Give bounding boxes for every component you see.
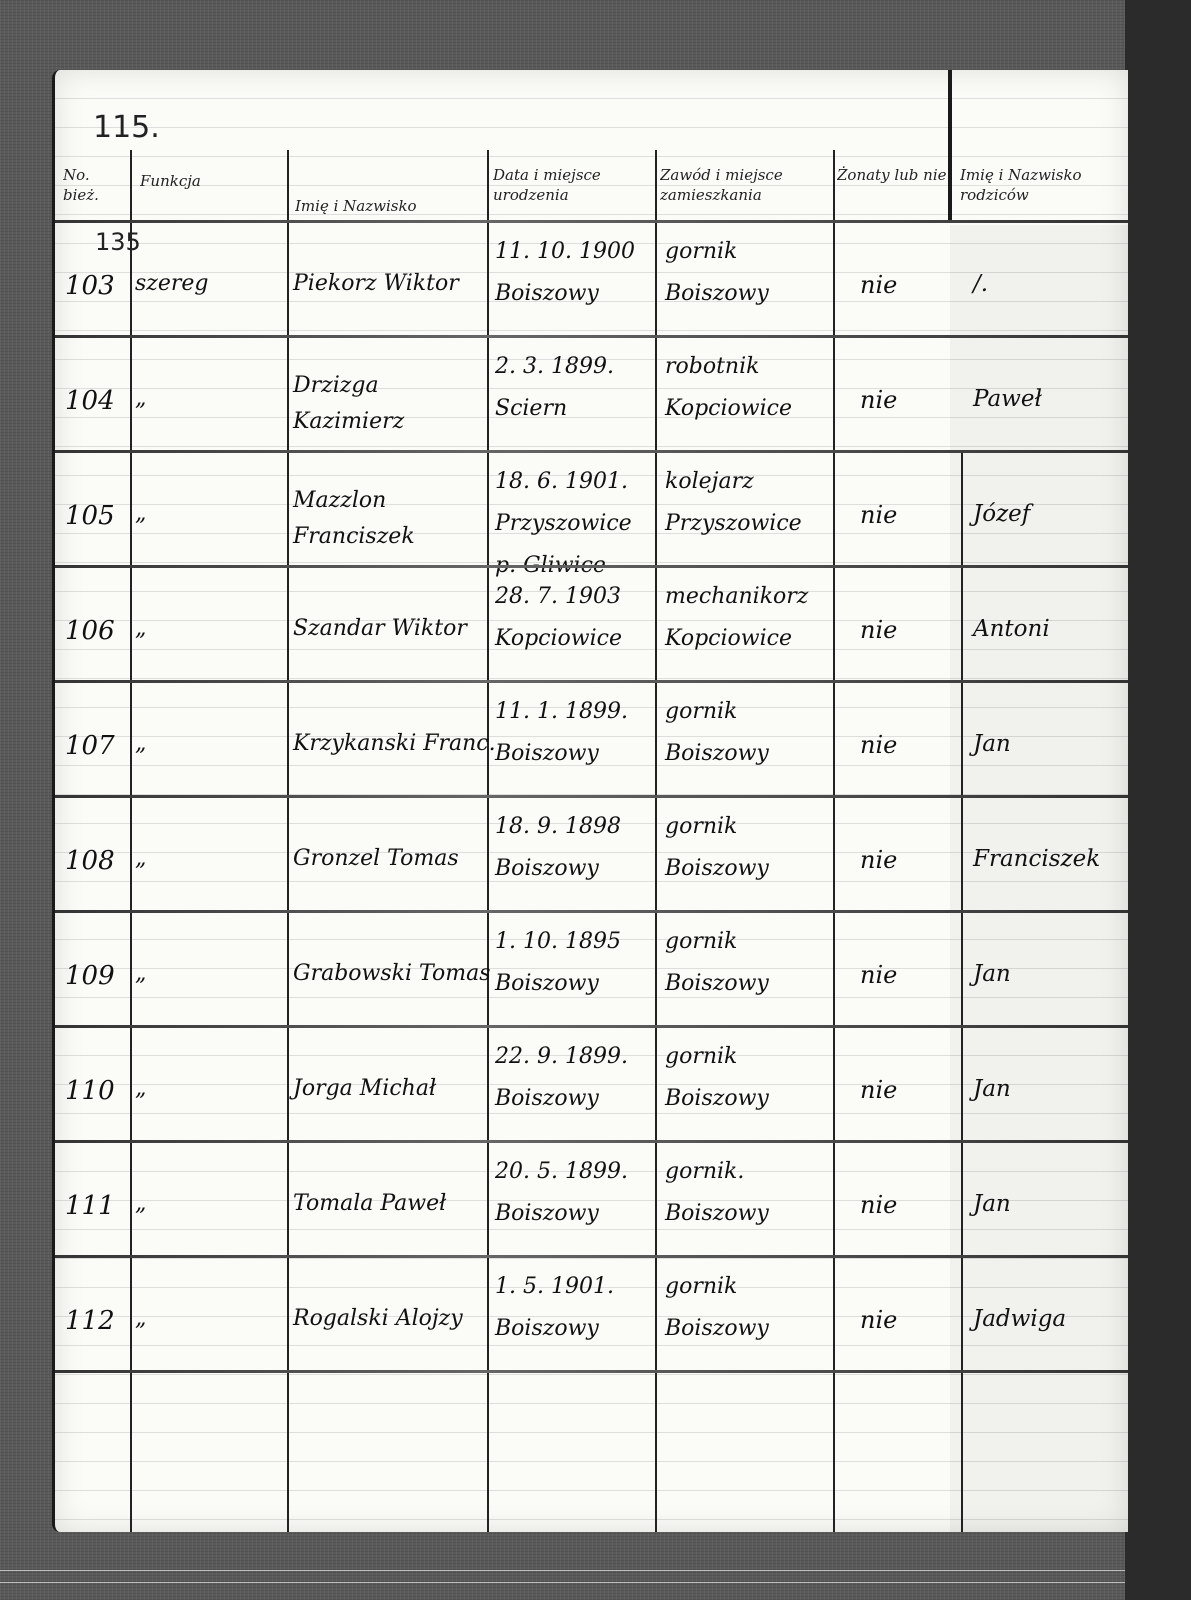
entry-name: Grabowski Tomas [293, 961, 491, 986]
entry-birth: 11. 1. 1899.Boiszowy [495, 691, 628, 775]
entry-function: szereg [135, 271, 209, 296]
entry-parent: Antoni [973, 616, 1050, 642]
register-row: 104 „ DrzizgaKazimierz 2. 3. 1899.Sciern… [55, 338, 1128, 453]
occupation-line: gornik [665, 691, 769, 733]
register-row: 110 „ Jorga Michał 22. 9. 1899.Boiszowy … [55, 1028, 1128, 1143]
scan-bottom-line [0, 1570, 1125, 1571]
entry-number: 112 [65, 1306, 115, 1336]
occupation-line: Boiszowy [665, 1078, 769, 1120]
birth-line: 2. 3. 1899. [495, 346, 614, 388]
entry-name: Tomala Paweł [293, 1191, 446, 1216]
name-line: Franciszek [293, 519, 483, 555]
entry-parent: Franciszek [973, 846, 1100, 872]
entry-function: „ [135, 1306, 146, 1331]
entry-function: „ [135, 961, 146, 986]
entry-occupation: gornikBoiszowy [665, 806, 769, 890]
occupation-line: gornik. [665, 1151, 769, 1193]
header-no: No. bież. [63, 165, 127, 205]
register-row: 108 „ Gronzel Tomas 18. 9. 1898Boiszowy … [55, 798, 1128, 913]
register-row: 106 „ Szandar Wiktor 28. 7. 1903Kopciowi… [55, 568, 1128, 683]
entry-occupation: gornikBoiszowy [665, 1266, 769, 1350]
birth-line: 1. 10. 1895 [495, 921, 621, 963]
occupation-line: Boiszowy [665, 733, 769, 775]
entry-married: nie [860, 616, 897, 644]
entry-name: Gronzel Tomas [293, 846, 459, 871]
occupation-line: kolejarz [665, 461, 802, 503]
entry-birth: 22. 9. 1899.Boiszowy [495, 1036, 628, 1120]
occupation-line: Boiszowy [665, 848, 769, 890]
entry-name: MazzlonFranciszek [293, 483, 483, 555]
entry-married: nie [860, 961, 897, 989]
name-line: Krzykanski Franc. [293, 731, 496, 756]
entry-number: 104 [65, 386, 115, 416]
entry-parent: Jan [973, 731, 1011, 757]
register-row: 112 „ Rogalski Alojzy 1. 5. 1901.Boiszow… [55, 1258, 1128, 1373]
birth-line: Boiszowy [495, 963, 621, 1005]
register-row: 111 „ Tomala Paweł 20. 5. 1899.Boiszowy … [55, 1143, 1128, 1258]
entry-occupation: kolejarzPrzyszowice [665, 461, 802, 545]
birth-line: 11. 10. 1900 [495, 231, 635, 273]
entry-function: „ [135, 731, 146, 756]
name-line: Rogalski Alojzy [293, 1306, 463, 1331]
entry-birth: 2. 3. 1899.Sciern [495, 346, 614, 430]
entry-birth: 18. 9. 1898Boiszowy [495, 806, 621, 890]
entry-married: nie [860, 1306, 897, 1334]
birth-line: 1. 5. 1901. [495, 1266, 614, 1308]
entry-number: 109 [65, 961, 115, 991]
birth-line: Sciern [495, 388, 614, 430]
entry-parent: Jan [973, 1076, 1011, 1102]
occupation-line: Boiszowy [665, 273, 769, 315]
entry-married: nie [860, 1076, 897, 1104]
register-row: 103 szereg Piekorz Wiktor 11. 10. 1900Bo… [55, 223, 1128, 338]
occupation-line: Kopciowice [665, 388, 792, 430]
entry-married: nie [860, 501, 897, 529]
entry-parent: Jadwiga [973, 1306, 1066, 1332]
entry-parent: Jan [973, 1191, 1011, 1217]
entry-birth: 11. 10. 1900Boiszowy [495, 231, 635, 315]
occupation-line: gornik [665, 231, 769, 273]
register-row: 109 „ Grabowski Tomas 1. 10. 1895Boiszow… [55, 913, 1128, 1028]
entry-number: 103 [65, 271, 115, 301]
header-parents: Imię i Nazwisko rodziców [960, 165, 1125, 205]
entry-parent: Paweł [973, 386, 1042, 412]
birth-line: Boiszowy [495, 273, 635, 315]
entry-number: 107 [65, 731, 115, 761]
entry-function: „ [135, 1076, 146, 1101]
entry-married: nie [860, 271, 897, 299]
name-line: Szandar Wiktor [293, 616, 467, 641]
entry-function: „ [135, 616, 146, 641]
entry-name: Krzykanski Franc. [293, 731, 496, 756]
entry-married: nie [860, 846, 897, 874]
name-line: Mazzlon [293, 483, 483, 519]
entry-name: Rogalski Alojzy [293, 1306, 463, 1331]
register-page: 115. 135 No. bież. Funkcja Imię i Nazwis… [52, 70, 1128, 1532]
entry-function: „ [135, 1191, 146, 1216]
header-occupation: Zawód i miejsce zamieszkania [660, 165, 830, 205]
entry-number: 111 [65, 1191, 115, 1221]
occupation-line: Kopciowice [665, 618, 808, 660]
occupation-line: gornik [665, 1036, 769, 1078]
entry-occupation: mechanikorzKopciowice [665, 576, 808, 660]
birth-line: Boiszowy [495, 1078, 628, 1120]
register-row: 107 „ Krzykanski Franc. 11. 1. 1899.Bois… [55, 683, 1128, 798]
scan-edge-shadow [1125, 0, 1191, 1600]
occupation-line: Boiszowy [665, 1308, 769, 1350]
entry-name: DrzizgaKazimierz [293, 368, 483, 440]
entry-name: Piekorz Wiktor [293, 271, 459, 296]
page-fold-line [948, 70, 952, 220]
birth-line: 22. 9. 1899. [495, 1036, 628, 1078]
occupation-line: Boiszowy [665, 1193, 769, 1235]
entry-name: Jorga Michał [293, 1076, 436, 1101]
birth-line: 11. 1. 1899. [495, 691, 628, 733]
birth-line: Przyszowice [495, 503, 632, 545]
entry-occupation: gornik.Boiszowy [665, 1151, 769, 1235]
name-line: Kazimierz [293, 404, 483, 440]
name-line: Tomala Paweł [293, 1191, 446, 1216]
entry-number: 105 [65, 501, 115, 531]
entry-occupation: gornikBoiszowy [665, 921, 769, 1005]
birth-line: 18. 9. 1898 [495, 806, 621, 848]
entry-number: 108 [65, 846, 115, 876]
name-line: Drzizga [293, 368, 483, 404]
birth-line: 28. 7. 1903 [495, 576, 622, 618]
occupation-line: gornik [665, 806, 769, 848]
header-funkcja: Funkcja [140, 160, 280, 202]
header-birth: Data i miejsce urodzenia [493, 165, 653, 205]
entry-parent: Józef [973, 501, 1030, 527]
entry-number: 110 [65, 1076, 115, 1106]
birth-line: Boiszowy [495, 848, 621, 890]
name-line: Gronzel Tomas [293, 846, 459, 871]
entry-birth: 1. 10. 1895Boiszowy [495, 921, 621, 1005]
entry-married: nie [860, 1191, 897, 1219]
name-line: Grabowski Tomas [293, 961, 491, 986]
occupation-line: gornik [665, 1266, 769, 1308]
entry-function: „ [135, 846, 146, 871]
entry-occupation: gornikBoiszowy [665, 691, 769, 775]
entry-parent: Jan [973, 961, 1011, 987]
occupation-line: robotnik [665, 346, 792, 388]
entry-occupation: gornikBoiszowy [665, 231, 769, 315]
entry-birth: 1. 5. 1901.Boiszowy [495, 1266, 614, 1350]
entry-function: „ [135, 501, 146, 526]
scan-bottom-line [0, 1582, 1125, 1583]
birth-line: Kopciowice [495, 618, 622, 660]
birth-line: Boiszowy [495, 1193, 628, 1235]
entry-occupation: gornikBoiszowy [665, 1036, 769, 1120]
entry-number: 106 [65, 616, 115, 646]
row-rule [55, 1370, 1128, 1373]
entry-occupation: robotnikKopciowice [665, 346, 792, 430]
header-married: Żonaty lub nie [837, 165, 947, 185]
entry-birth: 20. 5. 1899.Boiszowy [495, 1151, 628, 1235]
birth-line: Boiszowy [495, 1308, 614, 1350]
occupation-line: gornik [665, 921, 769, 963]
name-line: Jorga Michał [293, 1076, 436, 1101]
register-row: 105 „ MazzlonFranciszek 18. 6. 1901.Przy… [55, 453, 1128, 568]
entry-parent: /. [973, 271, 988, 297]
page-number: 115. [93, 110, 160, 145]
name-line: Piekorz Wiktor [293, 271, 459, 296]
entry-birth: 28. 7. 1903Kopciowice [495, 576, 622, 660]
occupation-line: mechanikorz [665, 576, 808, 618]
birth-line: Boiszowy [495, 733, 628, 775]
entry-married: nie [860, 386, 897, 414]
entry-name: Szandar Wiktor [293, 616, 467, 641]
entry-function: „ [135, 386, 146, 411]
birth-line: 18. 6. 1901. [495, 461, 632, 503]
entry-married: nie [860, 731, 897, 759]
birth-line: 20. 5. 1899. [495, 1151, 628, 1193]
occupation-line: Przyszowice [665, 503, 802, 545]
occupation-line: Boiszowy [665, 963, 769, 1005]
